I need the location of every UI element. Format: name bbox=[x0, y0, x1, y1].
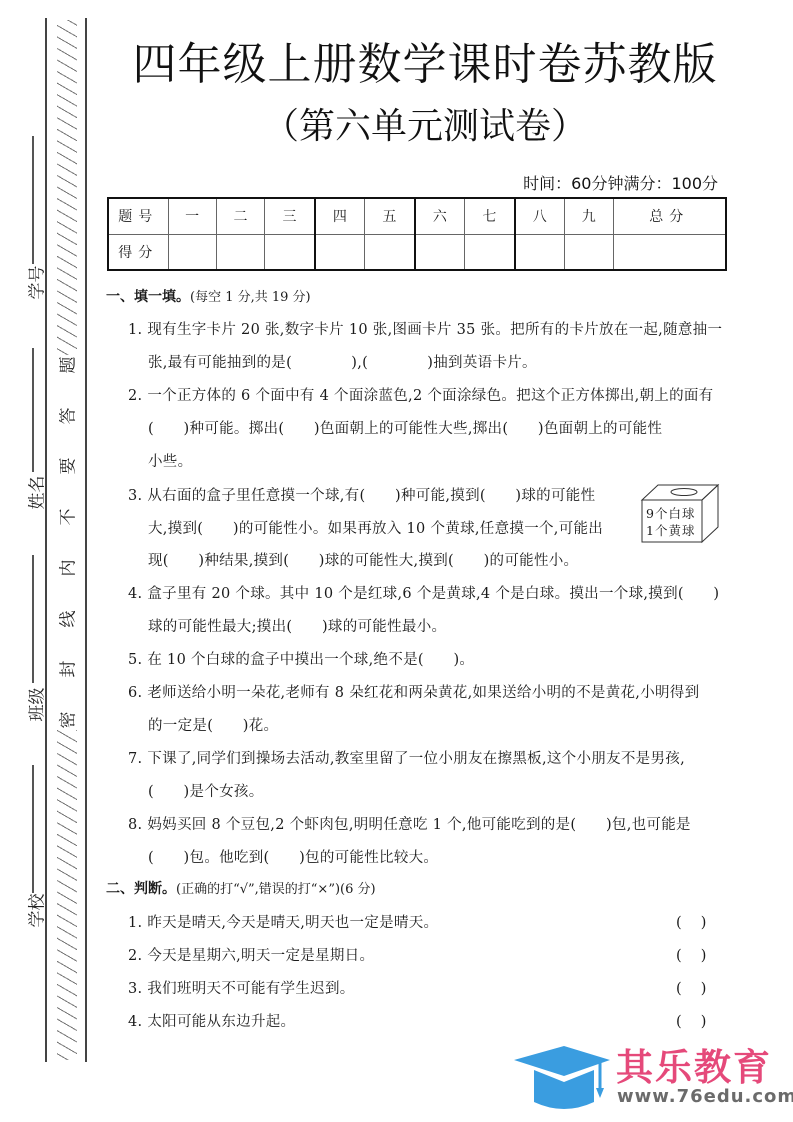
section-note: (正确的打“√”,错误的打“×”)(6 分) bbox=[176, 882, 376, 897]
judge-answer-4[interactable]: ( ) bbox=[676, 1010, 706, 1031]
section-2-heading: 二、判断。(正确的打“√”,错误的打“×”)(6 分) bbox=[106, 878, 376, 898]
column-header: 五 bbox=[365, 198, 415, 234]
class-label: 班级 bbox=[23, 686, 48, 724]
binding-hatch-bottom bbox=[57, 730, 77, 1060]
total-score-cell[interactable] bbox=[613, 234, 726, 270]
seal-char: 内 bbox=[58, 559, 78, 576]
row-label: 得分 bbox=[108, 234, 168, 270]
judge-item-4: 4. 太阳可能从东边升起。 bbox=[128, 1010, 295, 1031]
question-4-line1: 4. 盒子里有 20 个球。其中 10 个是红球,6 个是黄球,4 个是白球。摸… bbox=[128, 582, 719, 603]
question-3-line1: 3. 从右面的盒子里任意摸一个球,有( )种可能,摸到( )球的可能性 bbox=[128, 484, 595, 505]
seal-warning: 题 答 要 不 内 线 封 密 bbox=[58, 355, 78, 730]
section-note: (每空 1 分,共 19 分) bbox=[190, 290, 311, 305]
judge-answer-3[interactable]: ( ) bbox=[676, 977, 706, 998]
question-8-line2: ( )包。他吃到( )包的可能性比较大。 bbox=[148, 846, 438, 867]
column-header: 四 bbox=[315, 198, 365, 234]
seal-char: 不 bbox=[58, 509, 78, 526]
box-label-yellow: 1个黄球 bbox=[646, 521, 695, 539]
judge-item-2: 2. 今天是星期六,明天一定是星期日。 bbox=[128, 944, 374, 965]
seal-char: 题 bbox=[58, 357, 78, 374]
school-field[interactable] bbox=[32, 765, 34, 893]
seal-char: 线 bbox=[58, 610, 78, 627]
student-id-label: 学号 bbox=[23, 264, 48, 302]
score-cell[interactable] bbox=[365, 234, 415, 270]
column-header: 六 bbox=[415, 198, 465, 234]
graduation-cap-icon bbox=[512, 1044, 612, 1114]
score-cell[interactable] bbox=[168, 234, 216, 270]
section-1-heading: 一、填一填。(每空 1 分,共 19 分) bbox=[106, 286, 311, 306]
question-7-line1: 7. 下课了,同学们到操场去活动,教室里留了一位小朋友在擦黑板,这个小朋友不是男… bbox=[128, 747, 685, 768]
score-table: 题号 一 二 三 四 五 六 七 八 九 总分 得分 bbox=[107, 197, 727, 271]
question-2-line2: ( )种可能。掷出( )色面朝上的可能性大些,掷出( )色面朝上的可能性 bbox=[148, 417, 662, 438]
brand-url: www.76edu.com bbox=[617, 1086, 793, 1107]
column-header: 九 bbox=[565, 198, 613, 234]
judge-item-1: 1. 昨天是晴天,今天是晴天,明天也一定是晴天。 bbox=[128, 911, 438, 932]
question-2-line1: 2. 一个正方体的 6 个面中有 4 个面涂蓝色,2 个面涂绿色。把这个正方体掷… bbox=[128, 384, 713, 405]
question-8-line1: 8. 妈妈买回 8 个豆包,2 个虾肉包,明明任意吃 1 个,他可能吃到的是( … bbox=[128, 813, 691, 834]
score-row: 得分 bbox=[108, 234, 726, 270]
judge-answer-2[interactable]: ( ) bbox=[676, 944, 706, 965]
question-5: 5. 在 10 个白球的盒子中摸出一个球,绝不是( )。 bbox=[128, 648, 474, 669]
question-7-line2: ( )是个女孩。 bbox=[148, 780, 264, 801]
question-number-row: 题号 一 二 三 四 五 六 七 八 九 总分 bbox=[108, 198, 726, 234]
box-label-white: 9个白球 bbox=[646, 504, 695, 522]
question-4-line2: 球的可能性最大;摸出( )球的可能性最小。 bbox=[148, 615, 446, 636]
seal-char: 要 bbox=[58, 458, 78, 475]
school-label: 学校 bbox=[23, 892, 48, 930]
binding-hatch-top bbox=[57, 20, 77, 355]
question-3-line2: 大,摸到( )的可能性小。如果再放入 10 个黄球,任意摸一个,可能出 bbox=[148, 517, 603, 538]
column-header: 一 bbox=[168, 198, 216, 234]
question-3-line3: 现( )种结果,摸到( )球的可能性大,摸到( )的可能性小。 bbox=[148, 549, 578, 570]
judge-answer-1[interactable]: ( ) bbox=[676, 911, 706, 932]
score-cell[interactable] bbox=[216, 234, 264, 270]
question-1-line1: 1. 现有生字卡片 20 张,数字卡片 10 张,图画卡片 35 张。把所有的卡… bbox=[128, 318, 722, 339]
student-id-field[interactable] bbox=[32, 136, 34, 264]
column-header: 三 bbox=[265, 198, 315, 234]
time-score-info: 时间：60分钟满分：100分 bbox=[523, 171, 718, 194]
column-header: 八 bbox=[515, 198, 565, 234]
seal-char: 密 bbox=[58, 711, 78, 728]
section-title: 一、填一填。 bbox=[106, 289, 190, 305]
question-1-line2: 张,最有可能抽到的是( ),( )抽到英语卡片。 bbox=[148, 351, 537, 372]
column-header: 总分 bbox=[613, 198, 726, 234]
seal-char: 封 bbox=[58, 661, 78, 678]
score-cell[interactable] bbox=[565, 234, 613, 270]
score-cell[interactable] bbox=[265, 234, 315, 270]
page-title: 四年级上册数学课时卷苏教版 bbox=[100, 28, 750, 92]
class-field[interactable] bbox=[32, 555, 34, 683]
column-header: 七 bbox=[465, 198, 515, 234]
score-cell[interactable] bbox=[515, 234, 565, 270]
page-subtitle: （第六单元测试卷） bbox=[100, 98, 750, 149]
question-2-line3: 小些。 bbox=[148, 450, 192, 471]
binding-border-right bbox=[85, 18, 87, 1062]
row-label: 题号 bbox=[108, 198, 168, 234]
judge-item-3: 3. 我们班明天不可能有学生迟到。 bbox=[128, 977, 355, 998]
student-name-field[interactable] bbox=[32, 348, 34, 472]
section-title: 二、判断。 bbox=[106, 881, 176, 897]
question-6-line2: 的一定是( )花。 bbox=[148, 714, 278, 735]
score-cell[interactable] bbox=[465, 234, 515, 270]
seal-char: 答 bbox=[58, 407, 78, 424]
score-cell[interactable] bbox=[415, 234, 465, 270]
score-cell[interactable] bbox=[315, 234, 365, 270]
student-name-label: 姓名 bbox=[23, 474, 48, 512]
brand-name: 其乐教育 bbox=[616, 1037, 772, 1091]
column-header: 二 bbox=[216, 198, 264, 234]
question-6-line1: 6. 老师送给小明一朵花,老师有 8 朵红花和两朵黄花,如果送给小明的不是黄花,… bbox=[128, 681, 699, 702]
